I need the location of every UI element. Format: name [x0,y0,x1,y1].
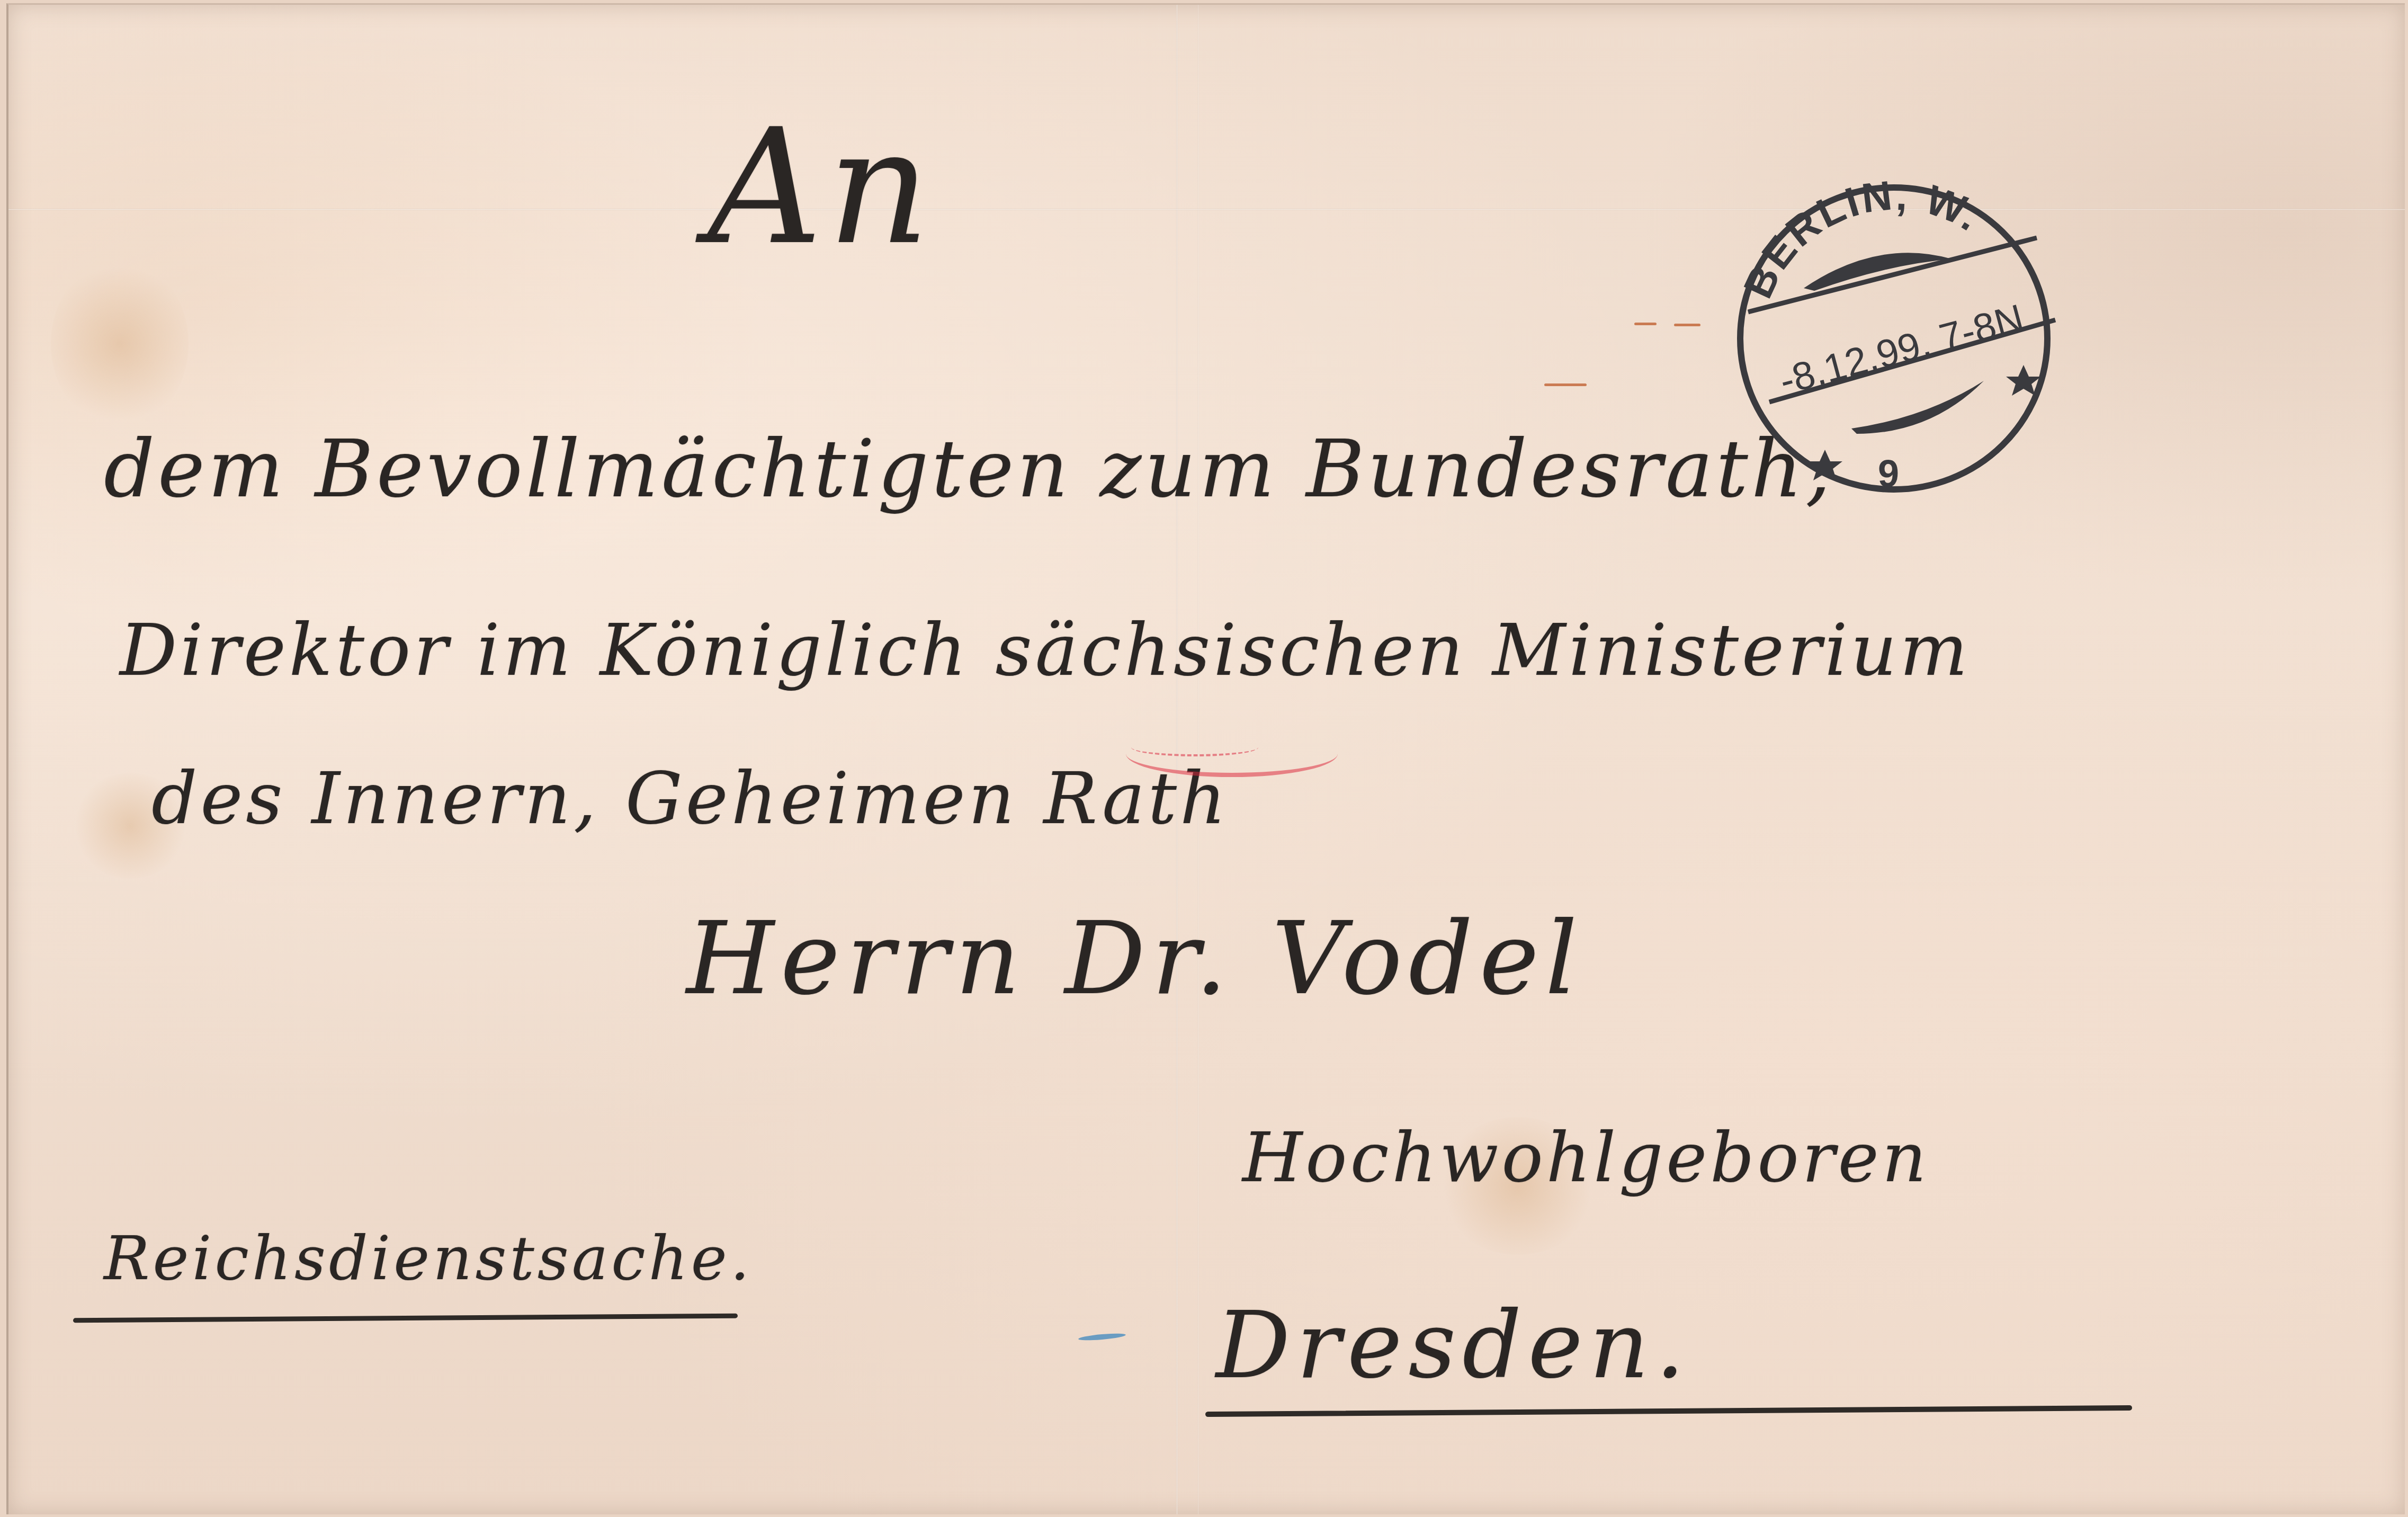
honorific: Hochwohlgeboren [1242,1117,1929,1198]
recipient-name: Herrn Dr. Vodel [686,900,1584,1017]
postmark-date: -8.12.99. 7-8N [1775,296,2028,403]
salutation: An [708,95,935,280]
address-line-position: Direktor im Königlich sächsischen Minist… [120,609,1971,692]
blue-ink-mark [1078,1332,1126,1342]
svg-text:BERLIN, W.: BERLIN, W. [1734,180,1990,305]
postmark-stamp: BERLIN, W. -8.12.99. 7-8N 9 [1719,180,2069,503]
envelope: An dem Bevollmächtigten zum Bundesrath, … [6,3,2405,1514]
red-ink-mark [1131,738,1258,756]
orange-mark [1544,383,1587,386]
age-stain [51,259,189,429]
endorsement-note: Reichsdienstsache. [104,1223,753,1294]
postmark-city: BERLIN, W. [1734,180,1990,305]
orange-mark [1634,323,1657,325]
address-line-department: des Innern, Geheimen Rath [151,757,1229,840]
address-line-title: dem Bevollmächtigten zum Bundesrath, [104,423,1834,515]
postmark-office-number: 9 [1878,453,1899,495]
endorsement-underline [73,1314,738,1323]
destination-city: Dresden. [1216,1292,1691,1399]
orange-mark [1674,324,1700,326]
destination-underline [1205,1405,2132,1417]
